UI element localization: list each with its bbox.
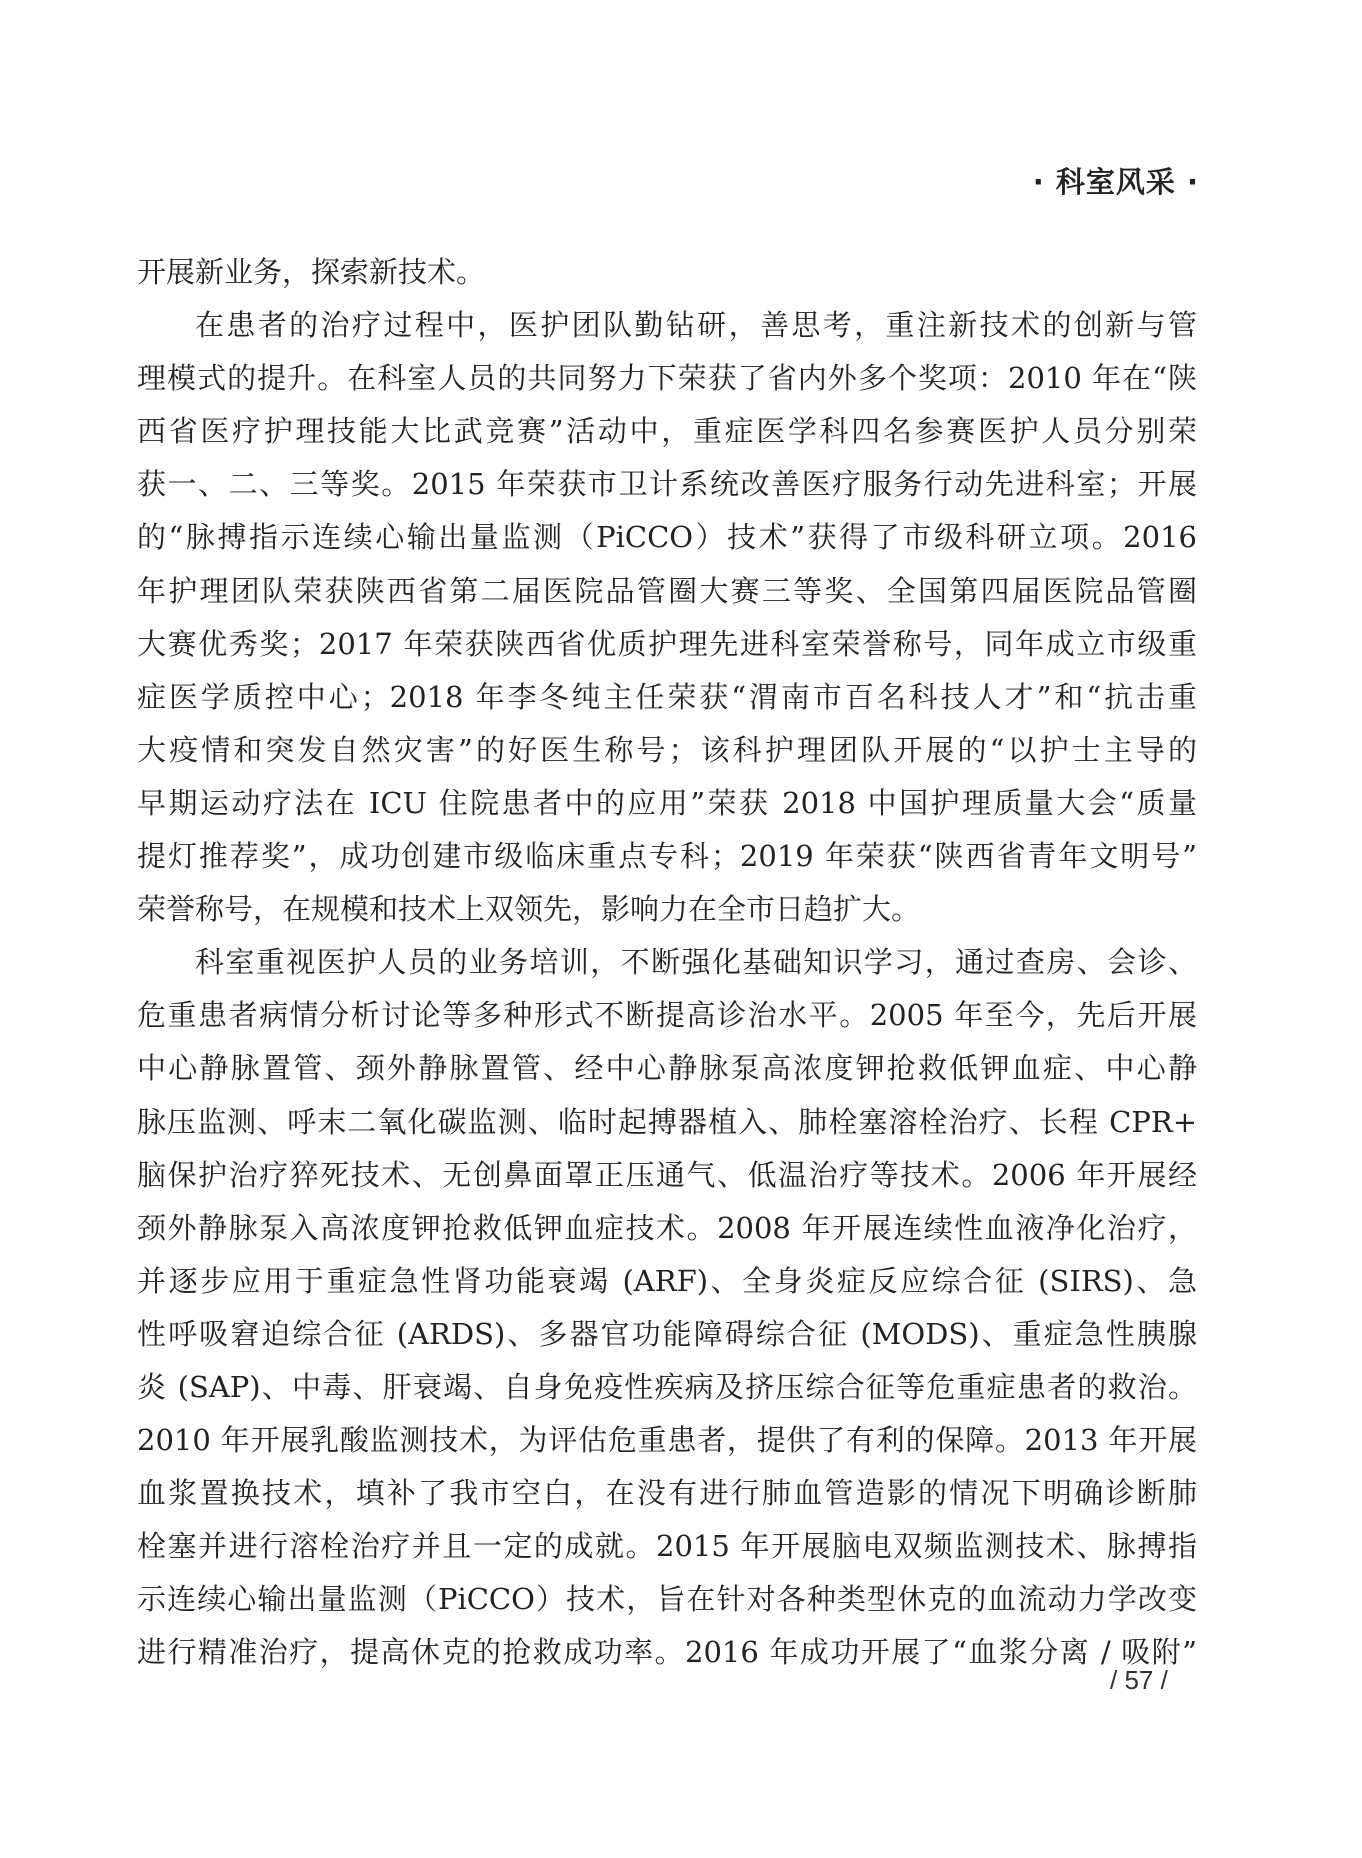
text-line: 理模式的提升。在科室人员的共同努力下荣获了省内外多个奖项：2010 年在“陕 bbox=[137, 352, 1197, 405]
text-line: 早期运动疗法在 ICU 住院患者中的应用”荣获 2018 中国护理质量大会“质量 bbox=[137, 777, 1197, 830]
text-line: 颈外静脉泵入高浓度钾抢救低钾血症技术。2008 年开展连续性血液净化治疗， bbox=[137, 1202, 1197, 1255]
text-line: 脑保护治疗猝死技术、无创鼻面罩正压通气、低温治疗等技术。2006 年开展经 bbox=[137, 1149, 1197, 1202]
text-line: 2010 年开展乳酸监测技术，为评估危重患者，提供了有利的保障。2013 年开展 bbox=[137, 1414, 1197, 1467]
text-line: 的“脉搏指示连续心输出量监测（PiCCO）技术”获得了市级科研立项。2016 bbox=[137, 511, 1197, 564]
text-line: 并逐步应用于重症急性肾功能衰竭 (ARF)、全身炎症反应综合征 (SIRS)、急 bbox=[137, 1255, 1197, 1308]
text-line: 科室重视医护人员的业务培训，不断强化基础知识学习，通过查房、会诊、 bbox=[137, 936, 1197, 989]
text-line: 荣誉称号，在规模和技术上双领先，影响力在全市日趋扩大。 bbox=[137, 883, 1197, 936]
text-line: 中心静脉置管、颈外静脉置管、经中心静脉泵高浓度钾抢救低钾血症、中心静 bbox=[137, 1042, 1197, 1095]
text-line: 年护理团队荣获陕西省第二届医院品管圈大赛三等奖、全国第四届医院品管圈 bbox=[137, 565, 1197, 618]
text-line: 性呼吸窘迫综合征 (ARDS)、多器官功能障碍综合征 (MODS)、重症急性胰腺 bbox=[137, 1308, 1197, 1361]
text-line: 炎 (SAP)、中毒、肝衰竭、自身免疫性疾病及挤压综合征等危重症患者的救治。 bbox=[137, 1361, 1197, 1414]
text-line: 脉压监测、呼末二氧化碳监测、临时起搏器植入、肺栓塞溶栓治疗、长程 CPR+ bbox=[137, 1096, 1197, 1149]
text-line: 示连续心输出量监测（PiCCO）技术，旨在针对各种类型休克的血流动力学改变 bbox=[137, 1573, 1197, 1626]
body-text: 开展新业务，探索新技术。 在患者的治疗过程中，医护团队勤钻研，善思考，重注新技术… bbox=[137, 246, 1197, 1680]
text-line: 大赛优秀奖；2017 年荣获陕西省优质护理先进科室荣誉称号，同年成立市级重 bbox=[137, 618, 1197, 671]
text-line: 进行精准治疗，提高休克的抢救成功率。2016 年成功开展了“血浆分离 / 吸附” bbox=[137, 1626, 1197, 1679]
page-number: / 57 / bbox=[1110, 1665, 1168, 1696]
text-line: 血浆置换技术，填补了我市空白，在没有进行肺血管造影的情况下明确诊断肺 bbox=[137, 1467, 1197, 1520]
text-line: 大疫情和突发自然灾害”的好医生称号；该科护理团队开展的“以护士主导的 bbox=[137, 724, 1197, 777]
section-header: · 科室风采 · bbox=[1033, 160, 1199, 201]
text-line: 获一、二、三等奖。2015 年荣获市卫计系统改善医疗服务行动先进科室；开展 bbox=[137, 458, 1197, 511]
text-line: 在患者的治疗过程中，医护团队勤钻研，善思考，重注新技术的创新与管 bbox=[137, 299, 1197, 352]
text-line: 开展新业务，探索新技术。 bbox=[137, 246, 1197, 299]
text-line: 西省医疗护理技能大比武竞赛”活动中，重症医学科四名参赛医护人员分别荣 bbox=[137, 405, 1197, 458]
text-line: 栓塞并进行溶栓治疗并且一定的成就。2015 年开展脑电双频监测技术、脉搏指 bbox=[137, 1520, 1197, 1573]
text-line: 症医学质控中心；2018 年李冬纯主任荣获“渭南市百名科技人才”和“抗击重 bbox=[137, 671, 1197, 724]
text-line: 危重患者病情分析讨论等多种形式不断提高诊治水平。2005 年至今，先后开展 bbox=[137, 989, 1197, 1042]
text-line: 提灯推荐奖”，成功创建市级临床重点专科；2019 年荣获“陕西省青年文明号” bbox=[137, 830, 1197, 883]
